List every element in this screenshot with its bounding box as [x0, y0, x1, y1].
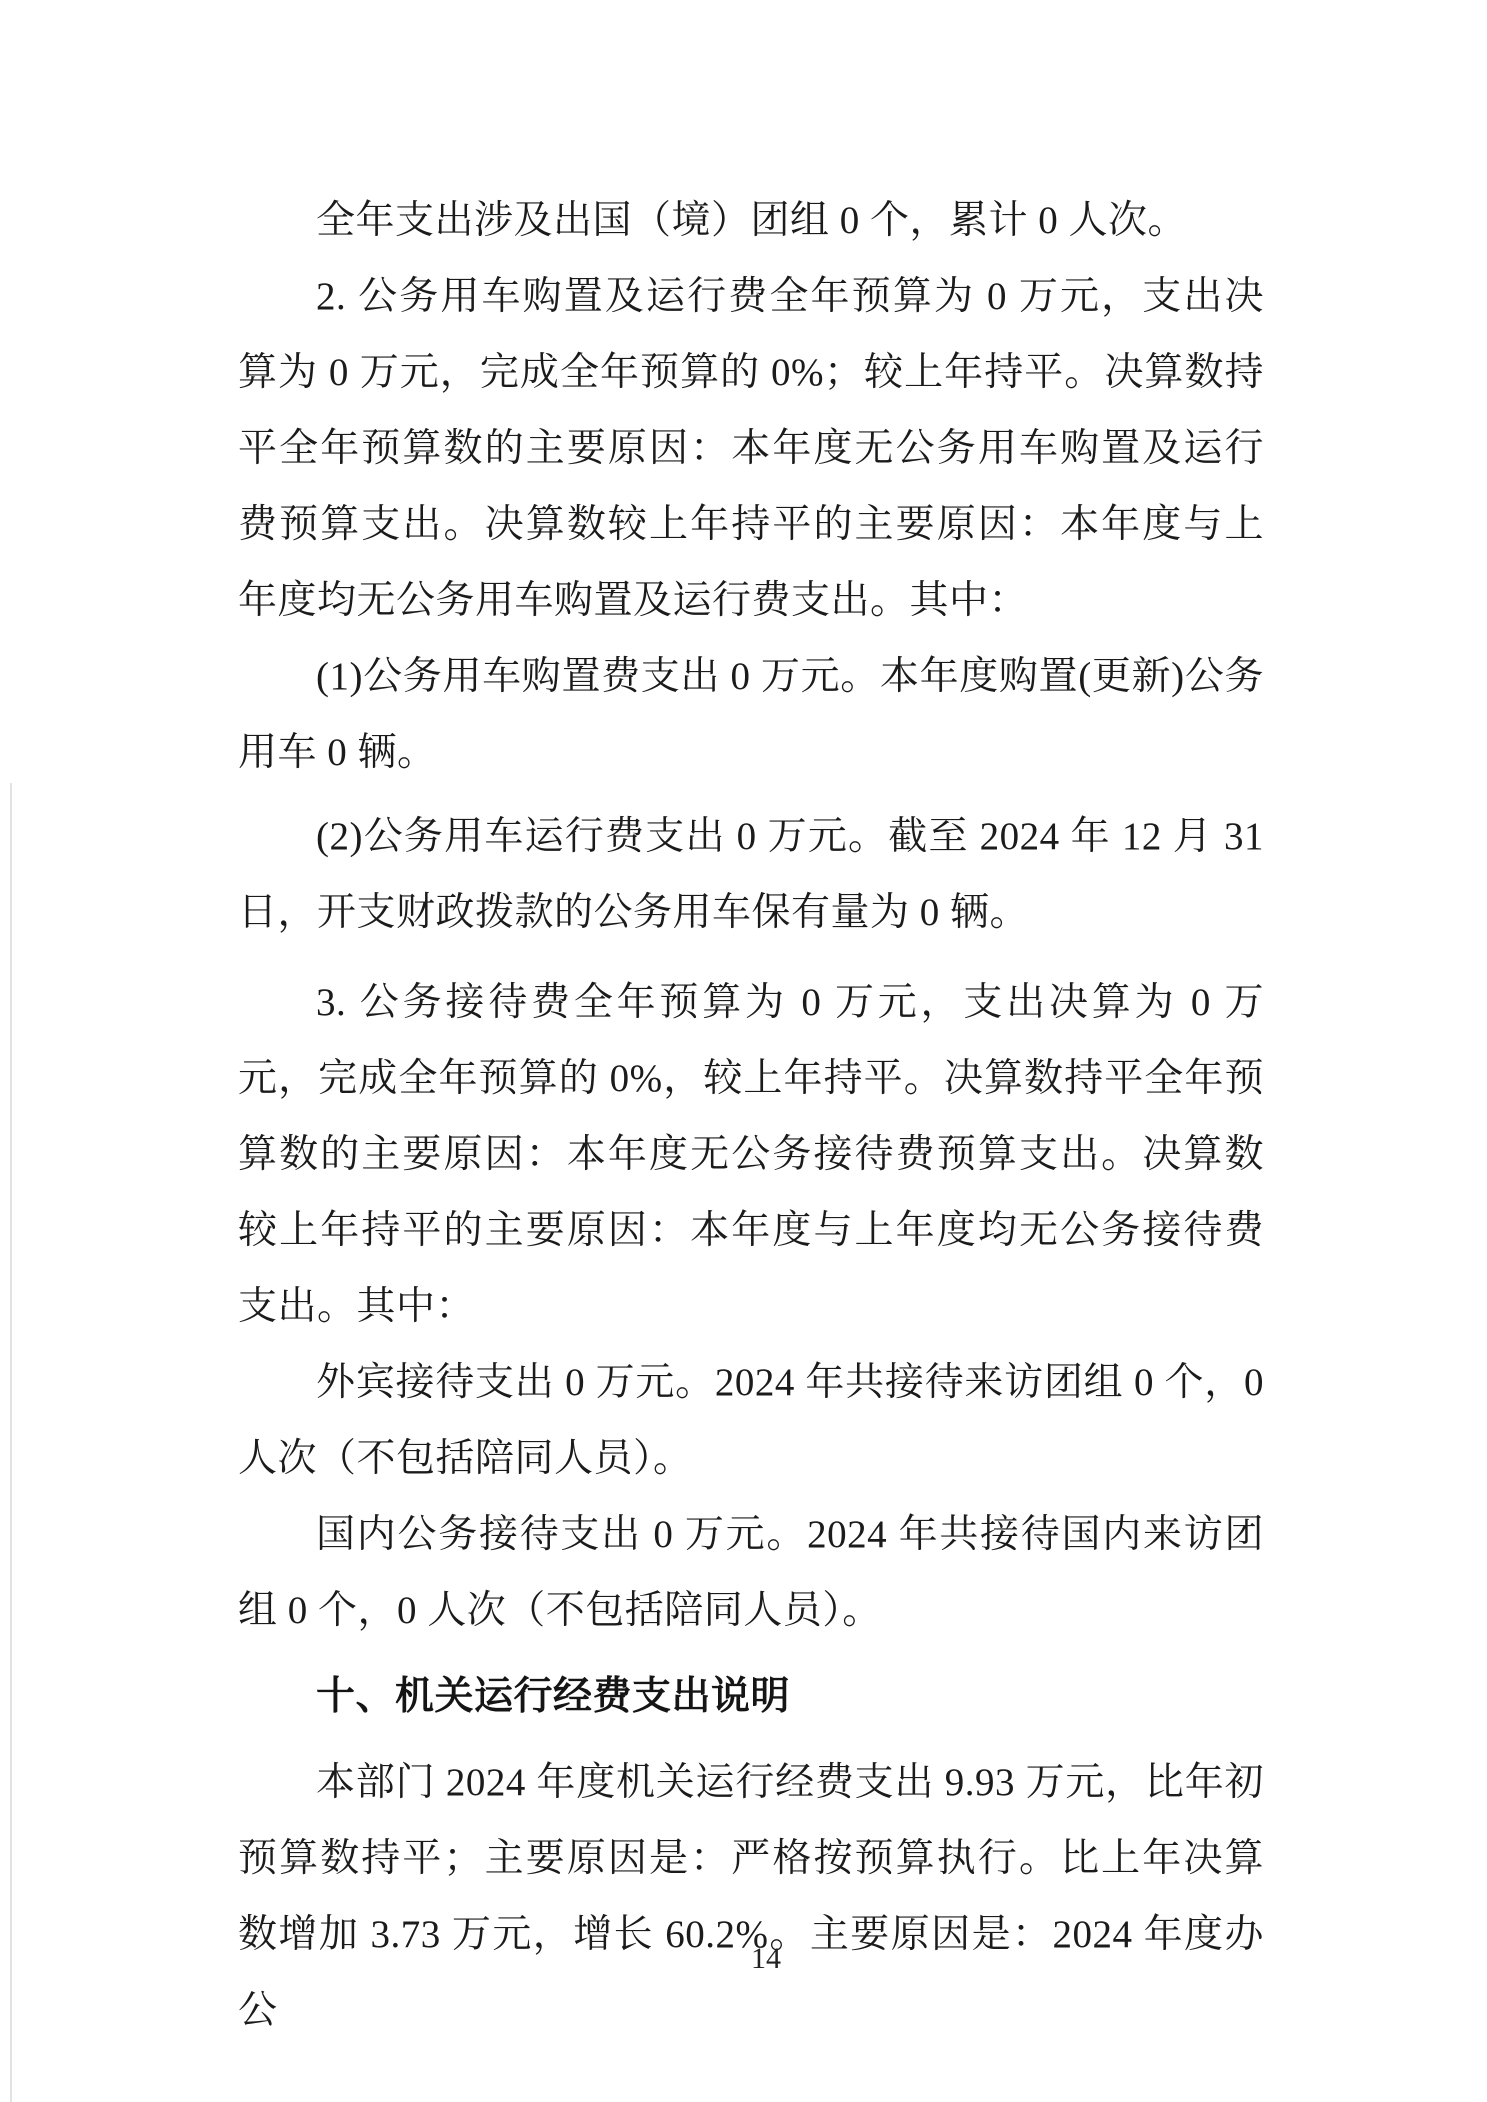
paragraph-vehicle-purchase: (1)公务用车购置费支出 0 万元。本年度购置(更新)公务用车 0 辆。 [238, 639, 1264, 791]
paragraph-foreign-reception: 外宾接待支出 0 万元。2024 年共接待来访团组 0 个，0 人次（不包括陪同… [238, 1345, 1264, 1497]
paragraph-vehicle-operation: (2)公务用车运行费支出 0 万元。截至 2024 年 12 月 31 日，开支… [238, 799, 1264, 951]
paragraph-operating-expense: 本部门 2024 年度机关运行经费支出 9.93 万元，比年初预算数持平；主要原… [238, 1745, 1264, 2049]
document-page: 全年支出涉及出国（境）团组 0 个，累计 0 人次。 2. 公务用车购置及运行费… [0, 0, 1487, 2102]
paragraph-domestic-reception: 国内公务接待支出 0 万元。2024 年共接待国内来访团组 0 个，0 人次（不… [238, 1497, 1264, 1649]
document-body: 全年支出涉及出国（境）团组 0 个，累计 0 人次。 2. 公务用车购置及运行费… [238, 183, 1264, 2049]
paragraph-vehicle-budget: 2. 公务用车购置及运行费全年预算为 0 万元，支出决算为 0 万元，完成全年预… [238, 259, 1264, 639]
scan-artifact-line [10, 783, 12, 2102]
paragraph-reception-budget: 3. 公务接待费全年预算为 0 万元，支出决算为 0 万元，完成全年预算的 0%… [238, 965, 1264, 1345]
paragraph-overseas-groups: 全年支出涉及出国（境）团组 0 个，累计 0 人次。 [238, 183, 1264, 259]
section-heading: 十、机关运行经费支出说明 [238, 1659, 1264, 1735]
page-number: 14 [751, 1941, 781, 1977]
